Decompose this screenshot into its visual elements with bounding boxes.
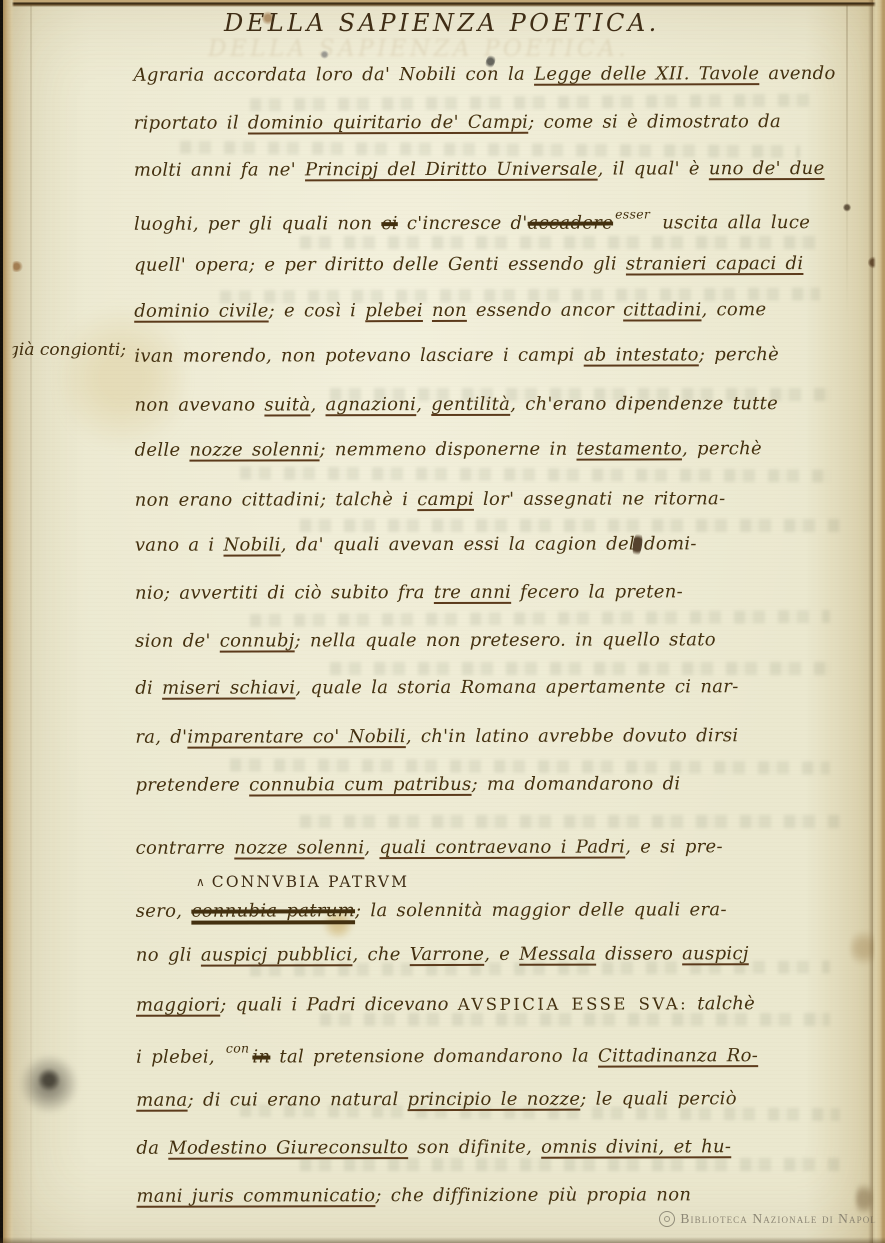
manuscript-text-segment: imparentare co' Nobili (187, 726, 406, 748)
manuscript-text-segment: AVSPICIA ESSE SVA: (458, 994, 689, 1014)
manuscript-text-segment: Messala (519, 944, 596, 965)
manuscript-text-segment: ; le quali perciò (580, 1088, 737, 1109)
manuscript-text-segment: testamento (576, 438, 682, 459)
manuscript-text-segment: tal pretensione domandarono la (270, 1046, 598, 1068)
manuscript-text-segment: , (416, 394, 431, 415)
manuscript-text-segment: ; nella quale non pretesero. in quello s… (295, 629, 716, 651)
manuscript-text-segment: contrarre (136, 838, 235, 859)
manuscript-text-segment: , e si pre- (625, 836, 723, 857)
manuscript-text-segment: ; come si è dimostrato da (528, 111, 781, 133)
manuscript-line: sero, connubia patrum; la solennità magg… (136, 899, 727, 922)
manuscript-text-segment (423, 300, 432, 321)
manuscript-text-segment: , ch'in latino avrebbe dovuto dirsi (406, 725, 739, 747)
manuscript-text-segment: dominio quiritario de' Campi (248, 112, 528, 134)
manuscript-text-segment: connubia cum patribus (249, 774, 471, 796)
manuscript-text-segment: non erano cittadini; talchè i (135, 489, 418, 511)
manuscript-text-block: Agraria accordata loro da' Nobili con la… (0, 0, 885, 1243)
manuscript-text-segment: luoghi, per gli quali non (134, 213, 381, 235)
manuscript-text-segment: dissero (596, 943, 682, 964)
manuscript-text-segment: cittadini (623, 299, 701, 320)
manuscript-text-segment: quali contraevano i Padri (379, 837, 625, 859)
manuscript-text-segment: talchè (688, 993, 755, 1014)
manuscript-text-segment: dominio civile (134, 300, 269, 321)
manuscript-text-segment: suità (264, 394, 310, 415)
manuscript-text-segment: maggiori (136, 995, 220, 1016)
manuscript-line: non avevano suità, agnazioni, gentilità,… (134, 393, 778, 416)
manuscript-text-segment: Nobili (223, 534, 280, 555)
manuscript-page: Biblioteca Nazionale di Napoli DELLA SAP… (0, 0, 885, 1243)
manuscript-text-segment: mani juris communicatio (136, 1185, 375, 1207)
manuscript-text-segment: uscita alla luce (653, 212, 810, 233)
manuscript-line: i plebei, conin tal pretensione domandar… (136, 1039, 758, 1068)
manuscript-text-segment: Legge delle XII. Tavole (534, 63, 759, 85)
manuscript-text-segment: , ch'erano dipendenze tutte (510, 393, 778, 415)
manuscript-text-segment: , quale la storia Romana apertamente ci … (295, 676, 738, 698)
manuscript-text-segment: mana (136, 1090, 187, 1111)
manuscript-text-segment: pretendere (135, 775, 249, 796)
manuscript-line: di miseri schiavi, quale la storia Roman… (135, 676, 738, 699)
manuscript-text-segment: plebei (365, 300, 423, 321)
manuscript-line: molti anni fa ne' Principj del Diritto U… (134, 158, 825, 181)
manuscript-text-segment: lor' assegnati ne ritorna- (474, 488, 726, 510)
manuscript-text-segment: connubj (220, 630, 295, 651)
manuscript-text-segment: fecero la preten- (511, 581, 683, 602)
manuscript-text-segment: , il qual' è (598, 158, 709, 179)
manuscript-text-segment: sion de' (135, 631, 220, 652)
manuscript-text-segment: nozze solenni (234, 837, 364, 858)
manuscript-text-segment: vano a i (135, 535, 224, 556)
manuscript-line: delle nozze solenni; nemmeno disponerne … (135, 438, 762, 461)
manuscript-text-segment: ; ma domandarono di (472, 773, 681, 795)
manuscript-text-segment: quell' opera; e per diritto delle Genti … (134, 254, 626, 276)
manuscript-line: riportato il dominio quiritario de' Camp… (134, 111, 781, 134)
manuscript-text-segment: , come (701, 299, 766, 320)
manuscript-text-segment: , da' quali avevan essi la cagion del do… (281, 533, 697, 555)
manuscript-text-segment: ci (381, 213, 398, 234)
manuscript-text-segment: ; che diffinizione più propia non (375, 1184, 691, 1206)
manuscript-text-segment: delle (135, 440, 190, 461)
manuscript-text-segment: principio le nozze (408, 1089, 581, 1110)
manuscript-text-segment: accadere (528, 213, 614, 234)
manuscript-line: vano a i Nobili, da' quali avevan essi l… (135, 533, 697, 555)
manuscript-text-segment: ra, d' (135, 727, 187, 748)
manuscript-line: luoghi, per gli quali non ci c'incresce … (134, 206, 810, 235)
manuscript-text-segment: omnis divini, et hu- (541, 1136, 731, 1157)
manuscript-text-segment: ab intestato (584, 344, 699, 365)
manuscript-text-segment: auspicj (682, 943, 749, 964)
manuscript-text-segment: Principj del Diritto Universale (305, 159, 598, 181)
manuscript-text-segment: tre anni (434, 582, 511, 603)
manuscript-line: contrarre nozze solenni, quali contraeva… (136, 836, 723, 859)
manuscript-text-segment: Agraria accordata loro da' Nobili con la (134, 64, 535, 86)
manuscript-line: mani juris communicatio; che diffinizion… (136, 1184, 691, 1206)
manuscript-text-segment: Varrone (410, 944, 485, 965)
manuscript-line: nio; avvertiti di ciò subito fra tre ann… (135, 581, 683, 603)
manuscript-text-segment: ivan morendo, non potevano lasciare i ca… (134, 345, 583, 367)
manuscript-text-segment: non avevano (134, 394, 264, 415)
manuscript-text-segment: son difinite, (408, 1137, 541, 1158)
manuscript-line: sion de' connubj; nella quale non pretes… (135, 629, 716, 652)
manuscript-line: no gli auspicj pubblici, che Varrone, e … (136, 943, 749, 966)
manuscript-text-segment: uno de' due (709, 158, 825, 179)
manuscript-text-segment: , perchè (682, 438, 762, 459)
manuscript-text-segment: campi (417, 489, 474, 510)
manuscript-text-segment: nio; avvertiti di ciò subito fra (135, 582, 434, 604)
manuscript-text-segment: molti anni fa ne' (134, 159, 305, 180)
manuscript-line: maggiori; quali i Padri dicevano AVSPICI… (136, 993, 755, 1016)
manuscript-line: ivan morendo, non potevano lasciare i ca… (134, 344, 779, 367)
manuscript-text-segment: nozze solenni (189, 439, 319, 460)
manuscript-text-segment: sero, (136, 901, 192, 922)
manuscript-text-segment: Cittadinanza Ro- (598, 1045, 758, 1066)
manuscript-text-segment: , che (352, 944, 409, 965)
manuscript-line: da Modestino Giureconsulto son difinite,… (136, 1136, 731, 1159)
manuscript-text-segment: da (136, 1138, 168, 1159)
manuscript-text-segment: con (226, 1041, 250, 1056)
manuscript-text-segment: di (135, 678, 162, 699)
manuscript-text-segment: riportato il (134, 113, 248, 134)
manuscript-text-segment: non (432, 300, 467, 321)
manuscript-text-segment: in (252, 1046, 270, 1067)
manuscript-line: dominio civile; e così i plebei non esse… (134, 299, 766, 322)
manuscript-text-segment: , e (484, 944, 519, 965)
manuscript-text-segment: miseri schiavi (162, 677, 295, 698)
manuscript-line: non erano cittadini; talchè i campi lor'… (135, 488, 726, 511)
manuscript-text-segment: ; perchè (699, 344, 779, 365)
manuscript-text-segment: Modestino Giureconsulto (168, 1137, 408, 1159)
manuscript-text-segment: c'incresce d' (398, 213, 528, 234)
manuscript-text-segment: ; quali i Padri dicevano (220, 994, 458, 1016)
manuscript-line: ra, d'imparentare co' Nobili, ch'in lati… (135, 725, 738, 748)
manuscript-text-segment: , (364, 837, 379, 858)
manuscript-text-segment: stranieri capaci di (626, 253, 804, 274)
manuscript-text-segment: ; nemmeno disponerne in (320, 439, 577, 461)
manuscript-text-segment: ; la solennità maggior delle quali era- (355, 899, 727, 921)
manuscript-line: pretendere connubia cum patribus; ma dom… (135, 773, 680, 795)
manuscript-text-segment: avendo (759, 63, 835, 84)
manuscript-line: mana; di cui erano natural principio le … (136, 1088, 737, 1111)
manuscript-line: quell' opera; e per diritto delle Genti … (134, 253, 803, 276)
manuscript-text-segment: gentilità (431, 394, 510, 415)
manuscript-text-segment: auspicj pubblici (201, 944, 353, 965)
manuscript-text-segment: connubia patrum (191, 900, 355, 921)
manuscript-text-segment: esser (615, 206, 650, 221)
manuscript-text-segment: ; di cui erano natural (188, 1089, 408, 1111)
manuscript-text-segment: agnazioni (325, 394, 416, 415)
manuscript-text-segment: i plebei, (136, 1047, 224, 1068)
manuscript-text-segment: essendo ancor (467, 300, 623, 321)
manuscript-text-segment: ; e così i (269, 300, 366, 321)
manuscript-text-segment: no gli (136, 945, 201, 966)
manuscript-text-segment: , (310, 394, 325, 415)
manuscript-line: Agraria accordata loro da' Nobili con la… (134, 63, 836, 86)
